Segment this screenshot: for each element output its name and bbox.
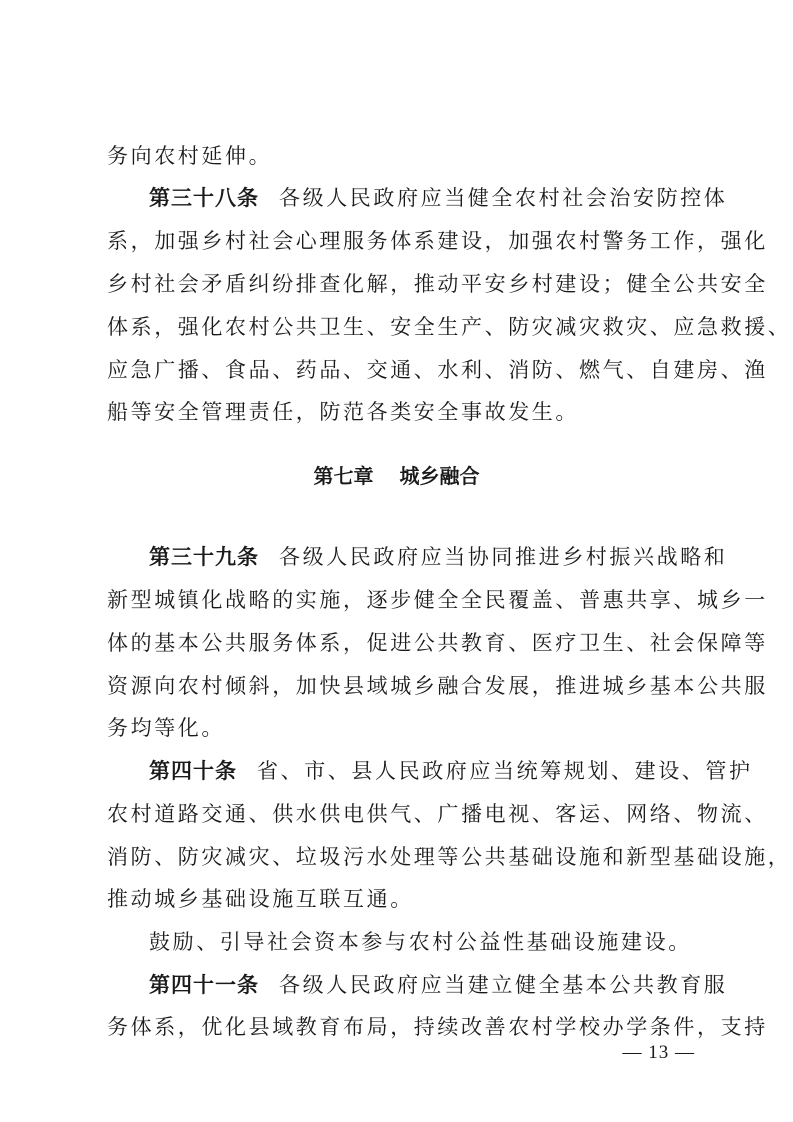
text-line: 消防、防灾减灾、垃圾污水处理等公共基础设施和新型基础设施， (107, 843, 691, 871)
text-line: 系，加强乡村社会心理服务体系建设，加强农村警务工作，强化 (107, 227, 691, 255)
article-label: 第四十一条 (149, 973, 259, 997)
text-line: 应急广播、食品、药品、交通、水利、消防、燃气、自建房、渔 (107, 356, 691, 384)
text-line: 务均等化。 (107, 714, 691, 742)
text-line: 务向农村延伸。 (107, 142, 691, 170)
article-38-first-line: 第三十八条各级人民政府应当健全农村社会治安防控体 (149, 184, 691, 212)
text-line: 体系，强化农村公共卫生、安全生产、防灾减灾救灾、应急救援、 (107, 313, 691, 341)
chapter-heading: 第七章城乡融合 (0, 462, 793, 490)
text-line: 务体系，优化县域教育布局，持续改善农村学校办学条件，支持 (107, 1013, 691, 1041)
article-label: 第四十条 (149, 759, 237, 783)
chapter-title: 城乡融合 (400, 464, 480, 488)
text-line: 船等安全管理责任，防范各类安全事故发生。 (107, 398, 691, 426)
page-number: — 13 — (600, 1042, 695, 1064)
chapter-number: 第七章 (314, 464, 374, 488)
article-40-first-line: 第四十条省、市、县人民政府应当统筹规划、建设、管护 (149, 757, 691, 785)
article-label: 第三十九条 (149, 545, 259, 569)
article-39-first-line: 第三十九条各级人民政府应当协同推进乡村振兴战略和 (149, 543, 691, 571)
text-line: 乡村社会矛盾纠纷排查化解，推动平安乡村建设；健全公共安全 (107, 270, 691, 298)
article-41-first-line: 第四十一条各级人民政府应当建立健全基本公共教育服 (149, 971, 691, 999)
text-line: 新型城镇化战略的实施，逐步健全全民覆盖、普惠共享、城乡一 (107, 586, 691, 614)
text-line: 体的基本公共服务体系，促进公共教育、医疗卫生、社会保障等 (107, 629, 691, 657)
text-line: 鼓励、引导社会资本参与农村公益性基础设施建设。 (149, 928, 691, 956)
article-label: 第三十八条 (149, 186, 259, 210)
text-line: 农村道路交通、供水供电供气、广播电视、客运、网络、物流、 (107, 800, 691, 828)
text-line: 资源向农村倾斜，加快县域城乡融合发展，推进城乡基本公共服 (107, 672, 691, 700)
text-line: 推动城乡基础设施互联互通。 (107, 885, 691, 913)
